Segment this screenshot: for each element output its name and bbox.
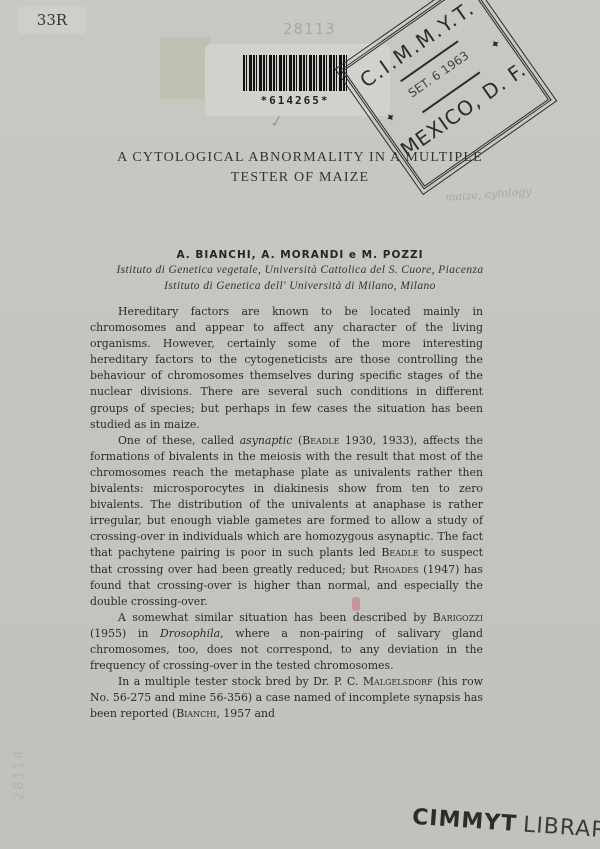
citation-author: Rhoades [373, 563, 418, 576]
citation-author: Beadle [381, 546, 418, 559]
library-stamp: CIMMYTLIBRARY [411, 805, 600, 844]
citation-author: Beadle [302, 434, 339, 447]
text-run: In a multiple tester stock bred by Dr. P… [118, 675, 363, 688]
text-run: 1930, 1933), affects the formations of b… [90, 434, 483, 560]
article-body: Hereditary factors are known to be locat… [90, 304, 483, 722]
author-list: A. BIANCHI, A. MORANDI e M. POZZI [100, 249, 500, 261]
side-pencil-number: 28114 [12, 749, 27, 800]
paragraph-4: In a multiple tester stock bred by Dr. P… [90, 674, 483, 722]
red-ink-smudge [352, 597, 360, 611]
article-title: A CYTOLOGICAL ABNORMALITY IN A MULTIPLE … [100, 148, 500, 188]
title-line-2: TESTER OF MAIZE [100, 168, 500, 188]
affiliation-2: Istituto di Genetica dell' Università di… [80, 280, 520, 292]
affiliation-1: Istituto di Genetica vegetale, Universit… [80, 264, 520, 276]
accession-number-pencil: 28113 [283, 20, 336, 38]
text-run: ( [292, 434, 302, 447]
library-name: CIMMYT [411, 805, 518, 837]
citation-author: Malgelsdorf [363, 675, 433, 688]
text-run: A somewhat similar situation has been de… [118, 611, 433, 624]
paragraph-1: Hereditary factors are known to be locat… [90, 304, 483, 433]
citation-author: Bianchi [176, 707, 216, 720]
citation-author: Barigozzi [433, 611, 483, 624]
term-asynaptic: asynaptic [240, 434, 293, 447]
paragraph-2: One of these, called asynaptic (Beadle 1… [90, 433, 483, 610]
text-run: (1955) in [90, 627, 160, 640]
barcode-icon [243, 55, 348, 91]
library-label: LIBRARY [522, 812, 600, 844]
term-drosophila: Drosophila [160, 627, 220, 640]
tape-strip [160, 37, 210, 99]
stamp-city: MEXICO, D. F. [395, 57, 532, 163]
shelf-mark-label: 33R [17, 6, 87, 34]
paragraph-3: A somewhat similar situation has been de… [90, 610, 483, 674]
scanned-page: 33R 28113 *614265* ✓ C.I.M.M.Y.T. ✦ SET.… [0, 0, 600, 849]
text-run: One of these, called [118, 434, 240, 447]
title-line-1: A CYTOLOGICAL ABNORMALITY IN A MULTIPLE [100, 148, 500, 168]
text-run: , 1957 and [216, 707, 275, 720]
